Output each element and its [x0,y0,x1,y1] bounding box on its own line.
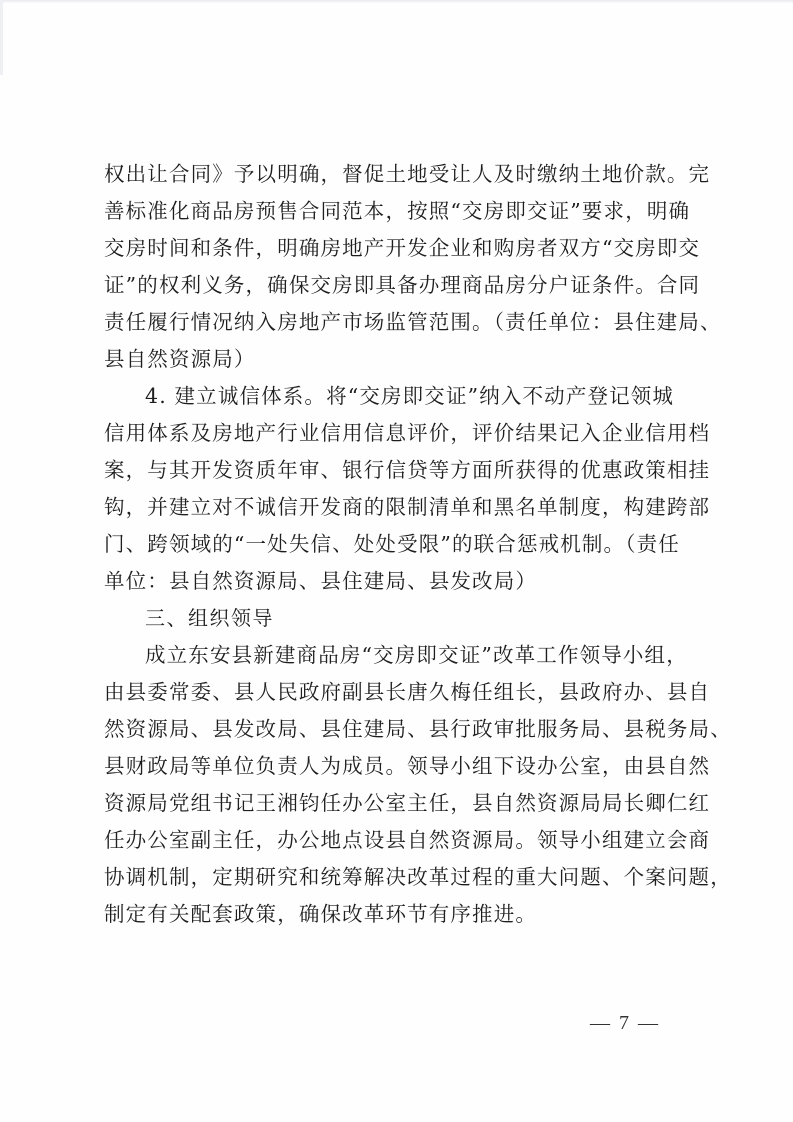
scan-edge-left [0,0,3,75]
paragraph-line: 任办公室副主任，办公地点设县自然资源局。领导小组建立会商 [104,822,694,859]
paragraph-line: 门、跨领域的“一处失信、处处受限”的联合惩戒机制。（责任 [104,526,694,563]
paragraph-line: 权出让合同》予以明确，督促土地受让人及时缴纳土地价款。完 [104,156,694,193]
scan-edge-top [0,0,793,3]
paragraph-line: 资源局党组书记王湘钧任办公室主任，县自然资源局局长卿仁红 [104,785,694,822]
paragraph-line: 交房时间和条件，明确房地产开发企业和购房者双方“交房即交 [104,230,694,267]
paragraph-line: 协调机制，定期研究和统筹解决改革过程的重大问题、个案问题， [104,859,694,896]
paragraph-line: 善标准化商品房预售合同范本，按照“交房即交证”要求，明确 [104,193,694,230]
document-page: 权出让合同》予以明确，督促土地受让人及时缴纳土地价款。完 善标准化商品房预售合同… [0,0,793,1122]
paragraph-line: 制定有关配套政策，确保改革环节有序推进。 [104,896,694,933]
section-heading: 三、组织领导 [104,600,694,637]
paragraph-line: 县财政局等单位负责人为成员。领导小组下设办公室，由县自然 [104,748,694,785]
paragraph-line: 单位：县自然资源局、县住建局、县发改局） [104,563,694,600]
paragraph-line: 责任履行情况纳入房地产市场监管范围。（责任单位：县住建局、 [104,304,694,341]
paragraph-line-item-4: 4. 建立诚信体系。将“交房即交证”纳入不动产登记领城 [104,378,694,415]
paragraph-line: 信用体系及房地产行业信用信息评价，评价结果记入企业信用档 [104,415,694,452]
document-body: 权出让合同》予以明确，督促土地受让人及时缴纳土地价款。完 善标准化商品房预售合同… [104,156,694,933]
paragraph-line: 由县委常委、县人民政府副县长唐久梅任组长，县政府办、县自 [104,674,694,711]
paragraph-line: 然资源局、县发改局、县住建局、县行政审批服务局、县税务局、 [104,711,694,748]
paragraph-line: 成立东安县新建商品房“交房即交证”改革工作领导小组， [104,637,694,674]
paragraph-line: 证”的权利义务，确保交房即具备办理商品房分户证条件。合同 [104,267,694,304]
paragraph-line: 案，与其开发资质年审、银行信贷等方面所获得的优惠政策相挂 [104,452,694,489]
paragraph-line: 县自然资源局） [104,341,694,378]
page-number: — 7 — [590,1012,660,1035]
paragraph-line: 钩，并建立对不诚信开发商的限制清单和黑名单制度，构建跨部 [104,489,694,526]
